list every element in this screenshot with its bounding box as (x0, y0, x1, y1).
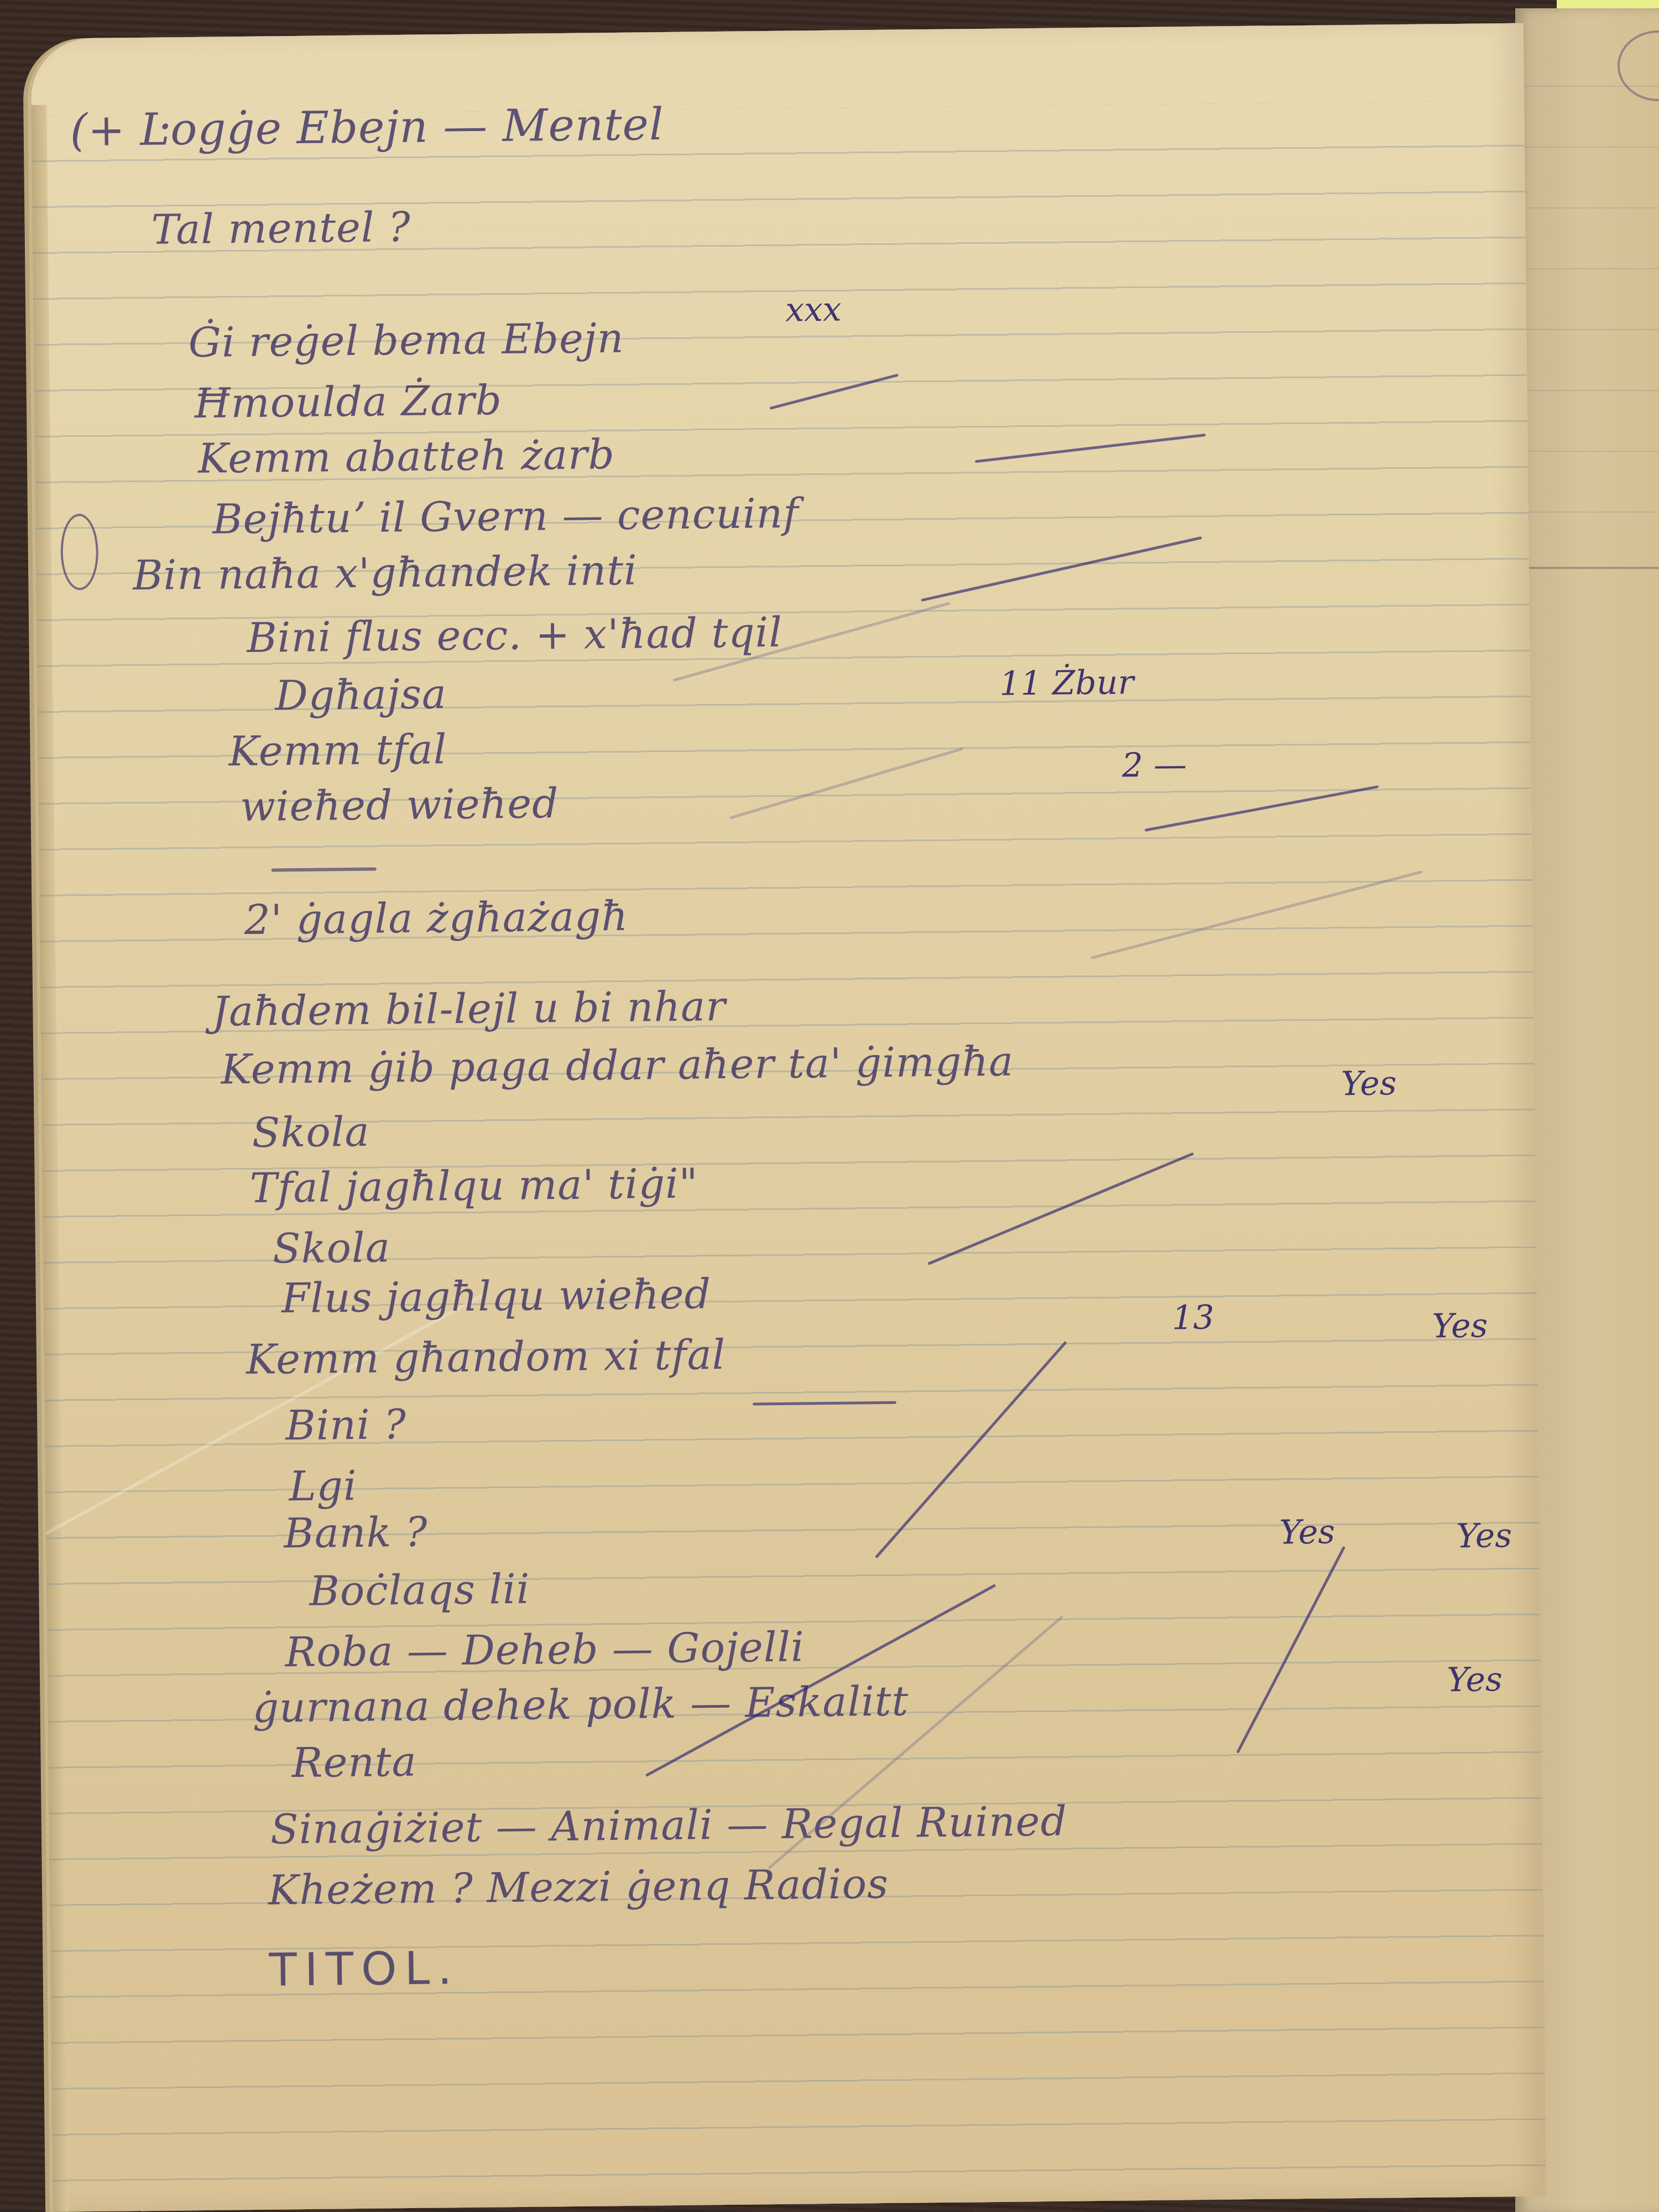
separator-dash (272, 868, 377, 872)
line: Bejħtuʼ il Gvern — cencuinf (212, 489, 799, 543)
line: Bini ? (285, 1401, 406, 1449)
margin-annotation: 11 Żbur (999, 663, 1134, 703)
margin-annotation: 13 (1172, 1298, 1214, 1338)
line: Bank ? (284, 1509, 428, 1558)
margin-annotation: Yes (1432, 1307, 1488, 1346)
line: Flus jagħlqu wieħed (281, 1270, 711, 1322)
line: Skola (252, 1108, 370, 1157)
margin-annotation: 2 — (1122, 745, 1187, 785)
line: Lgi (289, 1462, 357, 1510)
line: Renta (291, 1738, 417, 1787)
line: Kemm abatteh żarb (198, 431, 615, 483)
line: Tfal jagħlqu ma' tiġi" (249, 1160, 698, 1212)
line: Tal mentel ? (151, 204, 411, 254)
line: Bini flus ecc. + x'ħad tqil (247, 609, 782, 662)
line: wieħed wieħed (240, 780, 559, 831)
line: Kemm għandom xi tfal (246, 1331, 726, 1384)
line: Kemm ġib paga ddar aħer ta' ġimgħa (221, 1037, 1014, 1093)
line: Ġi reġel bema Ebejn (188, 315, 624, 367)
line: Roba — Deheb — Gojelli (285, 1624, 805, 1677)
line: Boċlaqs lii (309, 1566, 530, 1615)
line: Kheżem ? Mezzi ġenq Radios (268, 1860, 889, 1914)
line-heading: (+ Ŀogġe Ebejn — Mentel (70, 98, 664, 156)
line: Bin naħa x'għandek inti (133, 547, 638, 600)
handwritten-lines: (+ Ŀogġe Ebejn — Mentel Tal mentel ? Ġi … (30, 23, 1546, 2212)
margin-annotation: xxx (785, 290, 842, 330)
line-title: TITOL. (269, 1942, 460, 1997)
line: Dgħajsa (275, 670, 447, 719)
margin-annotation: Yes (1279, 1512, 1335, 1552)
line: Jaħdem bil-lejl u bi nhar (212, 983, 726, 1036)
line: 2' ġagla żgħażagħ (244, 893, 628, 944)
line: Skola (272, 1224, 390, 1272)
margin-annotation: Yes (1447, 1660, 1503, 1699)
pencil-sketch (1618, 30, 1659, 101)
line: Ħmoulda Żarb (194, 377, 502, 427)
line: Sinaġiżiet — Animali — Regal Ruined (270, 1798, 1067, 1854)
line: Kemm tfal (228, 726, 447, 775)
notebook-page: (+ Ŀogġe Ebejn — Mentel Tal mentel ? Ġi … (30, 23, 1546, 2212)
margin-annotation: Yes (1456, 1516, 1512, 1556)
margin-annotation: Yes (1341, 1064, 1397, 1103)
